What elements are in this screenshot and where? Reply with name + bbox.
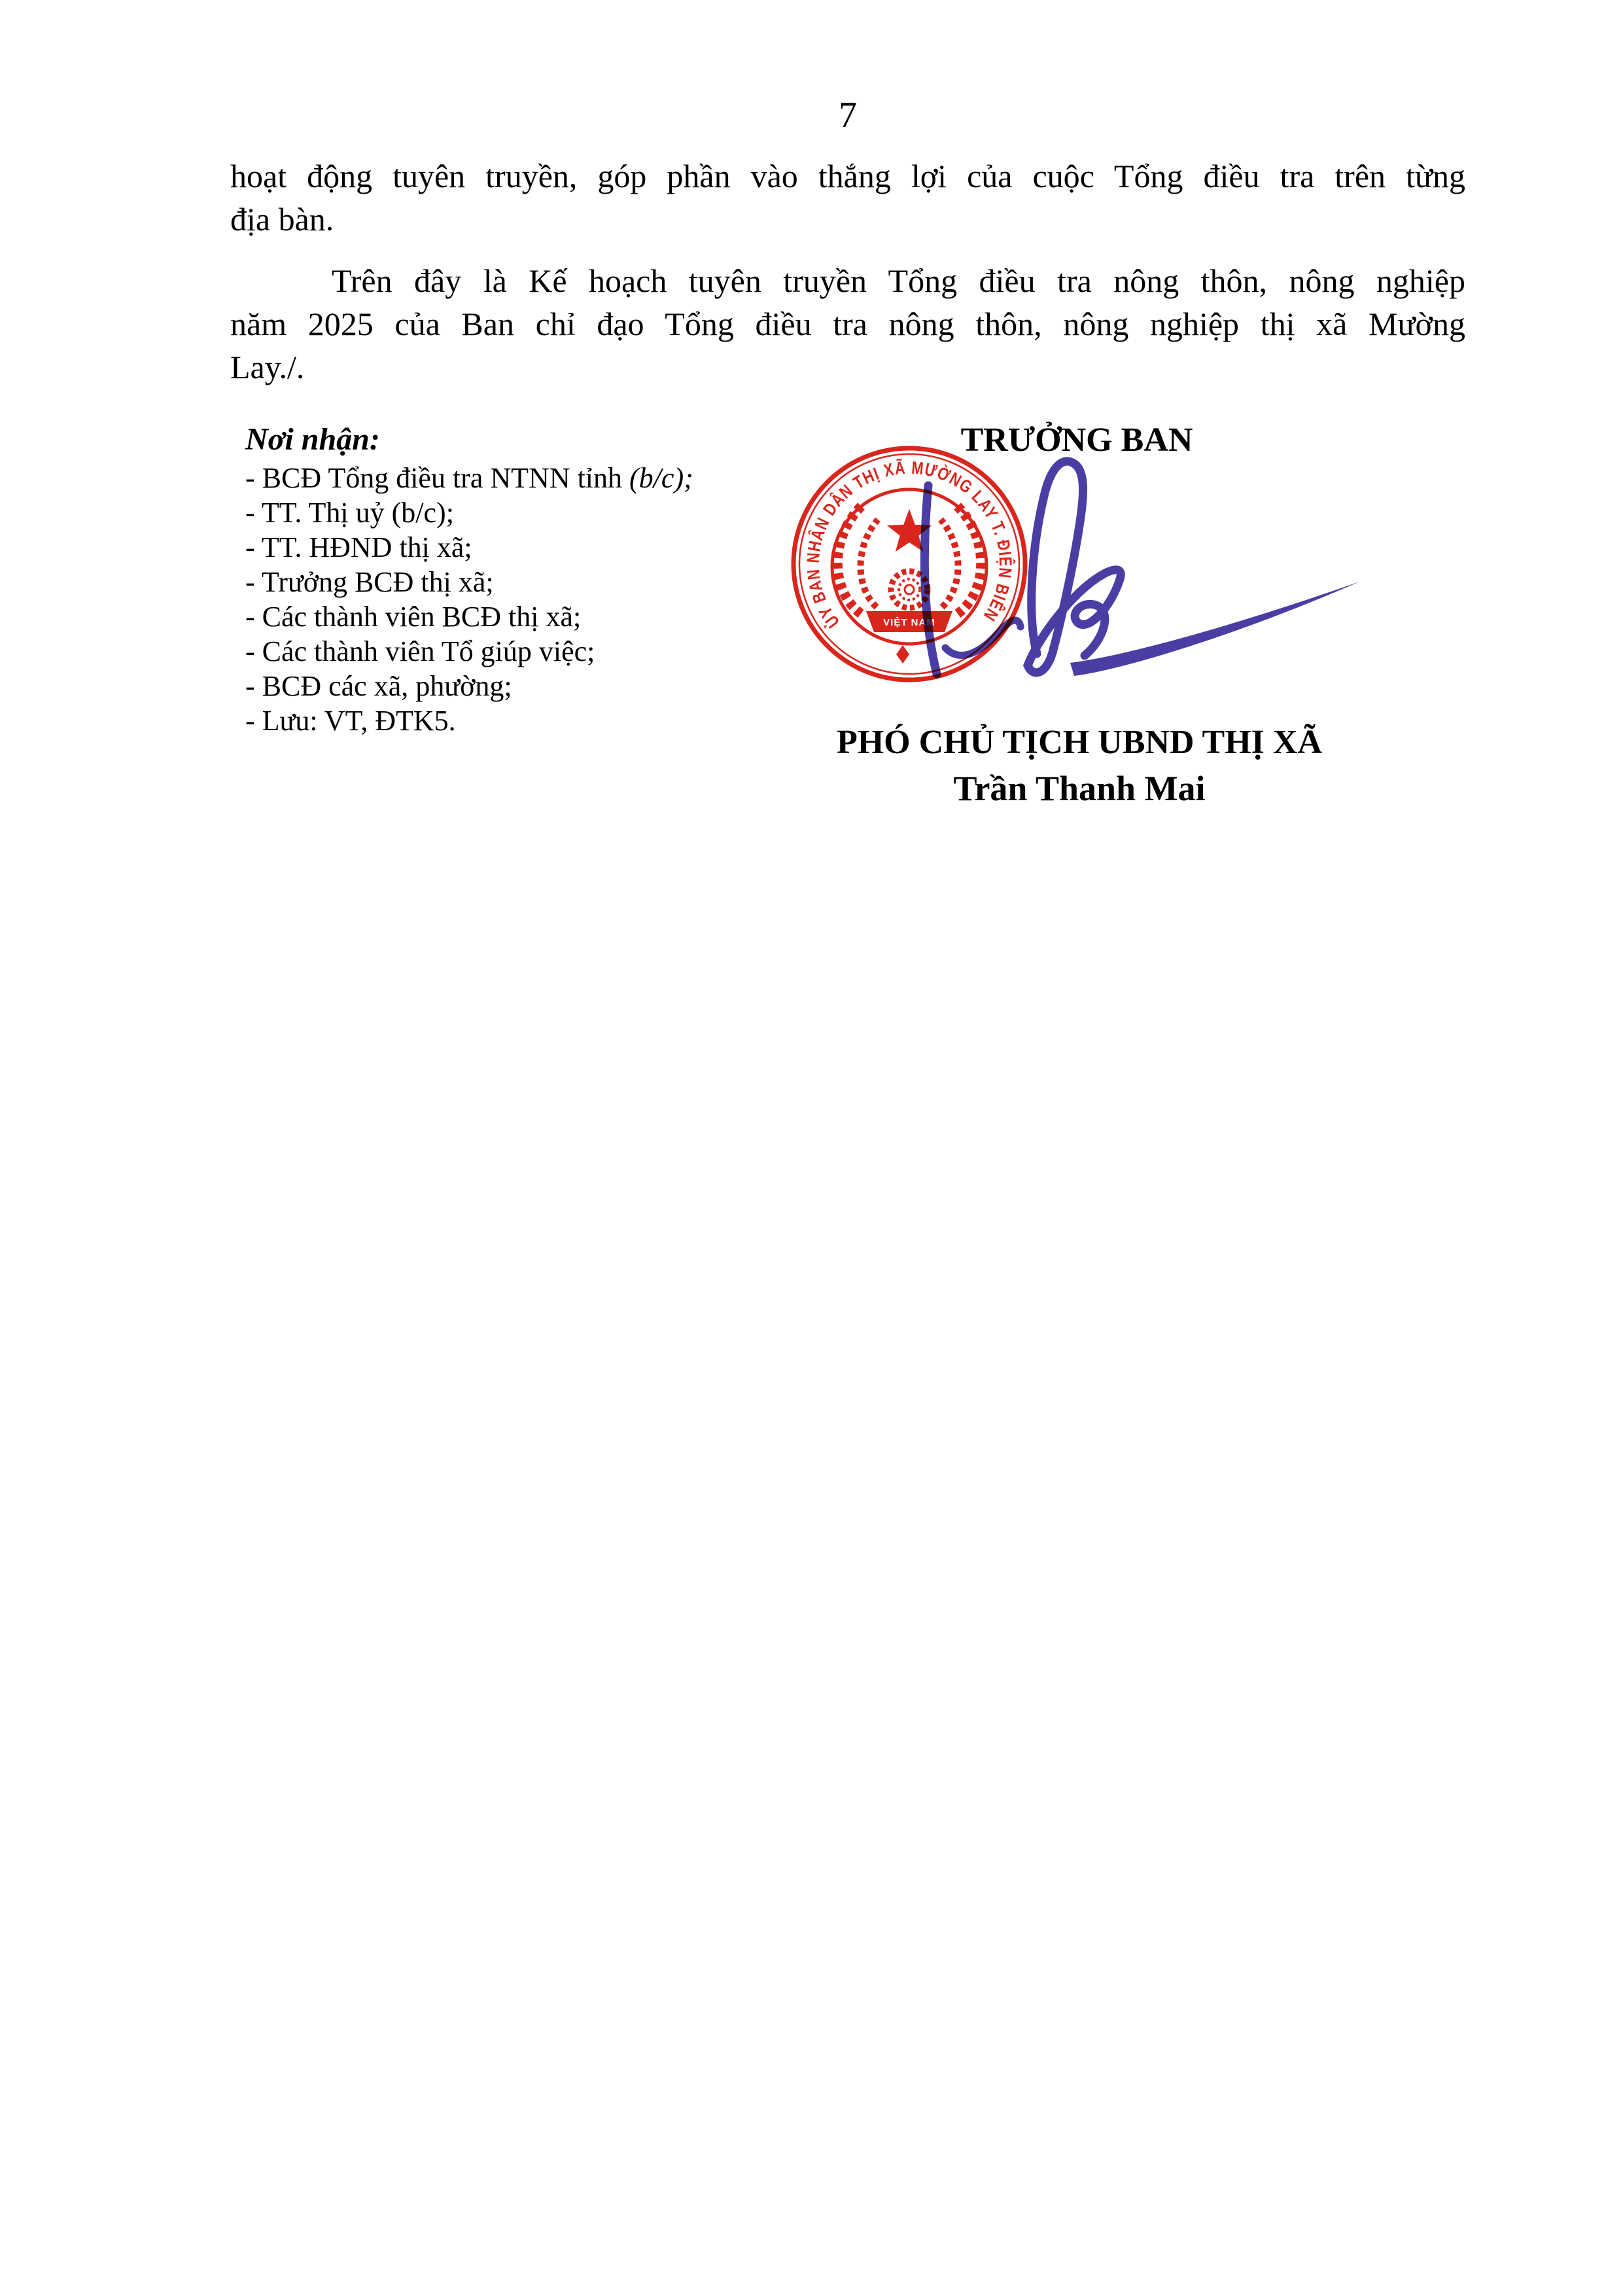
recipients-heading: Nơi nhận: bbox=[245, 422, 834, 457]
document-page: 7 hoạt động tuyên truyền, góp phần vào t… bbox=[0, 0, 1623, 2296]
body-line: Trên đây là Kế hoạch tuyên truyền Tổng đ… bbox=[230, 259, 1465, 302]
recipient-item: - TT. Thị uỷ (b/c); bbox=[245, 495, 834, 530]
diamond-ornament-icon bbox=[896, 645, 909, 663]
recipient-item: - TT. HĐND thị xã; bbox=[245, 530, 834, 565]
signer-block: PHÓ CHỦ TỊCH UBND THỊ XÃ Trần Thanh Mai bbox=[818, 720, 1341, 811]
recipient-item: - BCĐ Tổng điều tra NTNN tỉnh (b/c); bbox=[245, 461, 834, 495]
signature-ink bbox=[909, 451, 1380, 700]
body-paragraph-2: Trên đây là Kế hoạch tuyên truyền Tổng đ… bbox=[230, 259, 1465, 389]
body-line: địa bàn. bbox=[230, 198, 1465, 241]
recipient-item: - Lưu: VT, ĐTK5. bbox=[245, 703, 834, 738]
signer-name: Trần Thanh Mai bbox=[818, 766, 1341, 811]
body-paragraph-1: hoạt động tuyên truyền, góp phần vào thắ… bbox=[230, 154, 1465, 241]
recipients-block: Nơi nhận: - BCĐ Tổng điều tra NTNN tỉnh … bbox=[245, 422, 834, 738]
recipient-item: - Trưởng BCĐ thị xã; bbox=[245, 565, 834, 599]
recipient-item: - BCĐ các xã, phường; bbox=[245, 669, 834, 703]
body-line: năm 2025 của Ban chỉ đạo Tổng điều tra n… bbox=[230, 302, 1465, 345]
recipient-item: - Các thành viên BCĐ thị xã; bbox=[245, 599, 834, 634]
recipient-item: - Các thành viên Tổ giúp việc; bbox=[245, 634, 834, 669]
body-line: Lay./. bbox=[230, 345, 1465, 389]
page-number: 7 bbox=[230, 96, 1465, 135]
body-line: hoạt động tuyên truyền, góp phần vào thắ… bbox=[230, 154, 1465, 198]
signer-position: PHÓ CHỦ TỊCH UBND THỊ XÃ bbox=[818, 720, 1341, 766]
